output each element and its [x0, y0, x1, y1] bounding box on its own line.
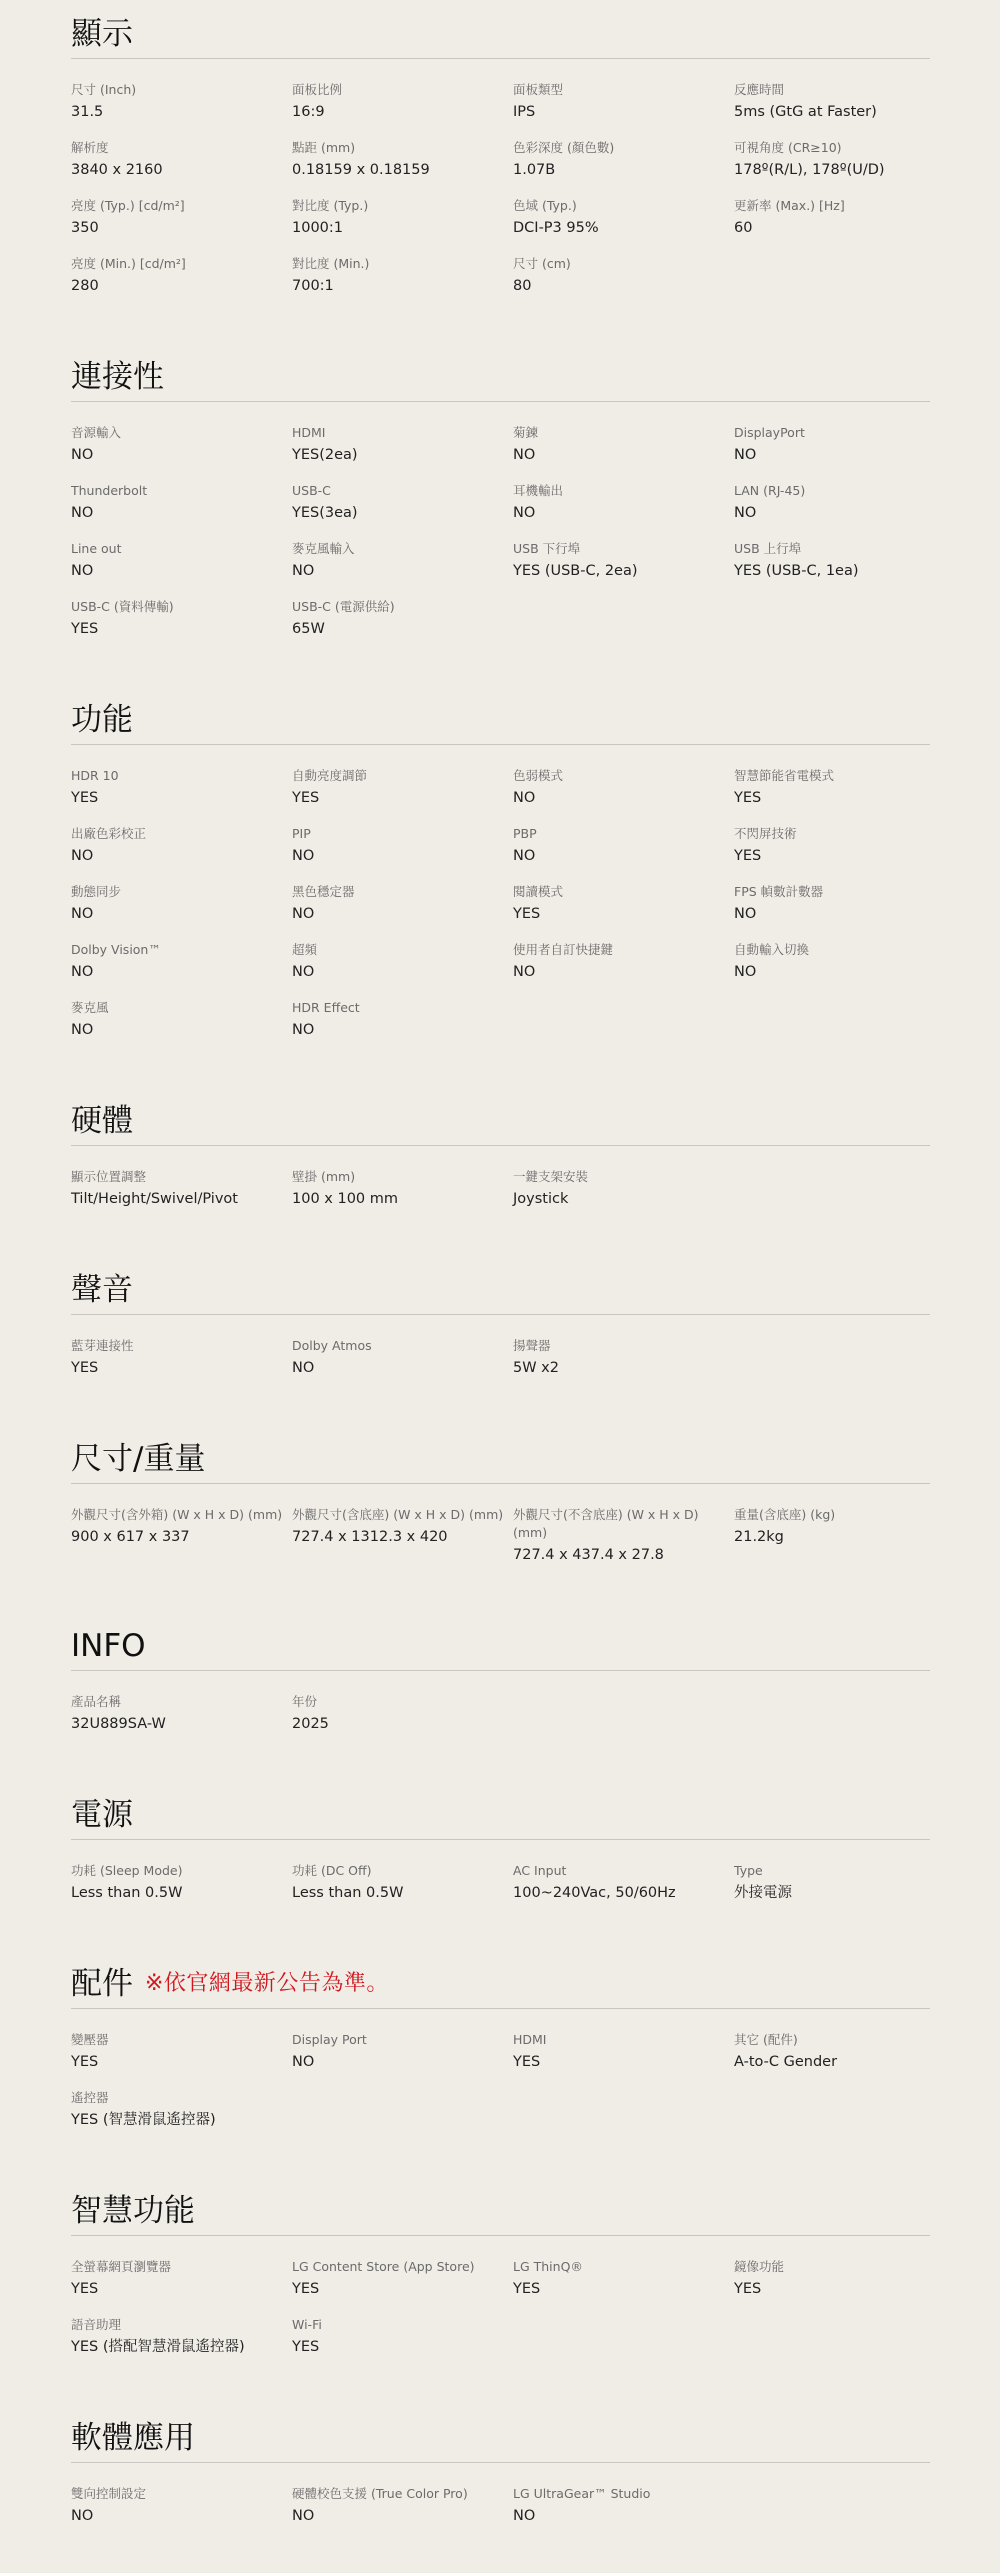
spec-label: PIP — [292, 825, 513, 843]
spec-value: Less than 0.5W — [71, 1882, 292, 1904]
spec-value: YES — [71, 618, 292, 640]
spec-label: 功耗 (DC Off) — [292, 1862, 513, 1880]
spec-grid: 藍芽連接性YESDolby AtmosNO揚聲器5W x2 — [71, 1315, 930, 1425]
section-title: 配件※依官網最新公告為準。 — [71, 1950, 930, 2009]
spec-item: 點距 (mm)0.18159 x 0.18159 — [292, 139, 513, 181]
spec-page: 顯示尺寸 (Inch)31.5面板比例16:9面板類型IPS反應時間5ms (G… — [0, 0, 1000, 2573]
spec-value: 350 — [71, 217, 292, 239]
spec-value: NO — [734, 502, 955, 524]
spec-item: HDR 10YES — [71, 767, 292, 809]
spec-value: YES — [734, 2278, 955, 2300]
section-title: INFO — [71, 1612, 930, 1671]
section-title: 軟體應用 — [71, 2404, 930, 2463]
spec-item: AC Input100~240Vac, 50/60Hz — [513, 1862, 734, 1904]
spec-item: 遙控器YES (智慧滑鼠遙控器) — [71, 2089, 292, 2131]
spec-label: 功耗 (Sleep Mode) — [71, 1862, 292, 1880]
spec-value: 280 — [71, 275, 292, 297]
spec-item: 重量(含底座) (kg)21.2kg — [734, 1506, 955, 1566]
spec-item: 可視角度 (CR≥10)178º(R/L), 178º(U/D) — [734, 139, 955, 181]
spec-value: NO — [71, 961, 292, 983]
spec-label: LG UltraGear™ Studio — [513, 2485, 734, 2503]
spec-label: 對比度 (Min.) — [292, 255, 513, 273]
spec-label: 重量(含底座) (kg) — [734, 1506, 955, 1524]
spec-value: YES — [71, 1357, 292, 1379]
spec-label: AC Input — [513, 1862, 734, 1880]
spec-item: Line outNO — [71, 540, 292, 582]
spec-label: 麥克風 — [71, 999, 292, 1017]
spec-label: 更新率 (Max.) [Hz] — [734, 197, 955, 215]
section-note: ※依官網最新公告為準。 — [145, 1962, 389, 2006]
spec-item: PBPNO — [513, 825, 734, 867]
spec-value: NO — [734, 903, 955, 925]
spec-item: 產品名稱32U889SA-W — [71, 1693, 292, 1735]
spec-item: 耳機輸出NO — [513, 482, 734, 524]
spec-value: NO — [513, 787, 734, 809]
spec-value: YES (搭配智慧滑鼠遙控器) — [71, 2336, 292, 2358]
spec-value: NO — [734, 961, 955, 983]
spec-label: LG Content Store (App Store) — [292, 2258, 513, 2276]
spec-value: YES (USB-C, 1ea) — [734, 560, 955, 582]
spec-item: 使用者自訂快捷鍵NO — [513, 941, 734, 983]
spec-item: 解析度3840 x 2160 — [71, 139, 292, 181]
spec-value: YES — [292, 2336, 513, 2358]
spec-value: NO — [292, 1357, 513, 1379]
spec-label: 變壓器 — [71, 2031, 292, 2049]
spec-item: DisplayPortNO — [734, 424, 955, 466]
spec-item: 一鍵支架安裝Joystick — [513, 1168, 734, 1210]
section-title: 硬體 — [71, 1087, 930, 1146]
spec-value: IPS — [513, 101, 734, 123]
spec-value: 外接電源 — [734, 1882, 955, 1904]
spec-value: YES — [71, 787, 292, 809]
spec-label: HDR Effect — [292, 999, 513, 1017]
spec-value: YES(2ea) — [292, 444, 513, 466]
spec-item: USB 上行埠YES (USB-C, 1ea) — [734, 540, 955, 582]
spec-grid: HDR 10YES自動亮度調節YES色弱模式NO智慧節能省電模式YES出廠色彩校… — [71, 745, 930, 1087]
spec-label: 語音助理 — [71, 2316, 292, 2334]
spec-label: LAN (RJ-45) — [734, 482, 955, 500]
spec-label: 解析度 — [71, 139, 292, 157]
spec-label: HDMI — [513, 2031, 734, 2049]
spec-item: 尺寸 (cm)80 — [513, 255, 734, 297]
spec-item: 其它 (配件)A-to-C Gender — [734, 2031, 955, 2073]
spec-value: YES — [513, 2278, 734, 2300]
spec-label: 外觀尺寸(含底座) (W x H x D) (mm) — [292, 1506, 513, 1524]
spec-value: Tilt/Height/Swivel/Pivot — [71, 1188, 292, 1210]
spec-value: NO — [292, 845, 513, 867]
section-title: 智慧功能 — [71, 2177, 930, 2236]
spec-item: 亮度 (Min.) [cd/m²]280 — [71, 255, 292, 297]
spec-label: 音源輸入 — [71, 424, 292, 442]
spec-label: 色彩深度 (顏色數) — [513, 139, 734, 157]
spec-item: ThunderboltNO — [71, 482, 292, 524]
spec-item: 自動輸入切換NO — [734, 941, 955, 983]
spec-value: YES — [513, 903, 734, 925]
spec-value: NO — [513, 961, 734, 983]
spec-item: LAN (RJ-45)NO — [734, 482, 955, 524]
spec-label: 黑色穩定器 — [292, 883, 513, 901]
spec-value: NO — [292, 560, 513, 582]
spec-section: 尺寸/重量外觀尺寸(含外箱) (W x H x D) (mm)900 x 617… — [71, 1425, 930, 1612]
spec-value: NO — [292, 961, 513, 983]
section-title-text: INFO — [71, 1624, 146, 1668]
spec-section: INFO產品名稱32U889SA-W年份2025 — [71, 1612, 930, 1781]
spec-item: 麥克風NO — [71, 999, 292, 1041]
spec-item: 自動亮度調節YES — [292, 767, 513, 809]
spec-item: 硬體校色支援 (True Color Pro)NO — [292, 2485, 513, 2527]
spec-item: 智慧節能省電模式YES — [734, 767, 955, 809]
spec-label: 自動輸入切換 — [734, 941, 955, 959]
spec-item: 雙向控制設定NO — [71, 2485, 292, 2527]
spec-value: 65W — [292, 618, 513, 640]
spec-value: NO — [71, 502, 292, 524]
spec-item: 藍芽連接性YES — [71, 1337, 292, 1379]
section-title-text: 智慧功能 — [71, 2189, 195, 2233]
spec-item: 全螢幕網頁瀏覽器YES — [71, 2258, 292, 2300]
spec-value: NO — [71, 845, 292, 867]
spec-value: 1000:1 — [292, 217, 513, 239]
spec-value: NO — [513, 2505, 734, 2527]
spec-value: 80 — [513, 275, 734, 297]
spec-label: 反應時間 — [734, 81, 955, 99]
spec-value: 3840 x 2160 — [71, 159, 292, 181]
section-title-text: 功能 — [71, 698, 133, 742]
spec-value: 5ms (GtG at Faster) — [734, 101, 955, 123]
spec-item: 更新率 (Max.) [Hz]60 — [734, 197, 955, 239]
spec-value: NO — [292, 2051, 513, 2073]
spec-value: NO — [513, 845, 734, 867]
spec-item: 面板類型IPS — [513, 81, 734, 123]
spec-label: USB-C (資料傳輸) — [71, 598, 292, 616]
spec-item: LG UltraGear™ StudioNO — [513, 2485, 734, 2527]
spec-label: 使用者自訂快捷鍵 — [513, 941, 734, 959]
spec-value: YES — [513, 2051, 734, 2073]
section-title: 聲音 — [71, 1256, 930, 1315]
spec-item: 外觀尺寸(含外箱) (W x H x D) (mm)900 x 617 x 33… — [71, 1506, 292, 1566]
spec-label: Thunderbolt — [71, 482, 292, 500]
spec-value: 2025 — [292, 1713, 513, 1735]
spec-label: 面板比例 — [292, 81, 513, 99]
spec-label: 出廠色彩校正 — [71, 825, 292, 843]
spec-value: 1.07B — [513, 159, 734, 181]
spec-item: HDR EffectNO — [292, 999, 513, 1041]
spec-value: A-to-C Gender — [734, 2051, 955, 2073]
spec-value: NO — [292, 2505, 513, 2527]
spec-item: 功耗 (Sleep Mode)Less than 0.5W — [71, 1862, 292, 1904]
spec-value: NO — [71, 903, 292, 925]
spec-label: USB 上行埠 — [734, 540, 955, 558]
spec-section: 配件※依官網最新公告為準。變壓器YESDisplay PortNOHDMIYES… — [71, 1950, 930, 2177]
spec-label: 外觀尺寸(不含底座) (W x H x D) (mm) — [513, 1506, 734, 1542]
spec-value: DCI-P3 95% — [513, 217, 734, 239]
spec-label: USB-C (電源供給) — [292, 598, 513, 616]
spec-label: 閱讀模式 — [513, 883, 734, 901]
section-title: 功能 — [71, 686, 930, 745]
spec-item: USB 下行埠YES (USB-C, 2ea) — [513, 540, 734, 582]
spec-value: NO — [71, 1019, 292, 1041]
spec-item: 年份2025 — [292, 1693, 513, 1735]
spec-value: Joystick — [513, 1188, 734, 1210]
spec-item: 亮度 (Typ.) [cd/m²]350 — [71, 197, 292, 239]
spec-value: NO — [71, 560, 292, 582]
spec-item: USB-C (電源供給)65W — [292, 598, 513, 640]
spec-grid: 音源輸入NOHDMIYES(2ea)菊鍊NODisplayPortNOThund… — [71, 402, 930, 686]
spec-grid: 顯示位置調整Tilt/Height/Swivel/Pivot壁掛 (mm)100… — [71, 1146, 930, 1256]
spec-item: PIPNO — [292, 825, 513, 867]
spec-value: YES (USB-C, 2ea) — [513, 560, 734, 582]
spec-item: 功耗 (DC Off)Less than 0.5W — [292, 1862, 513, 1904]
spec-section: 連接性音源輸入NOHDMIYES(2ea)菊鍊NODisplayPortNOTh… — [71, 343, 930, 686]
spec-item: 外觀尺寸(含底座) (W x H x D) (mm)727.4 x 1312.3… — [292, 1506, 513, 1566]
spec-value: 16:9 — [292, 101, 513, 123]
spec-item: 變壓器YES — [71, 2031, 292, 2073]
spec-item: Wi-FiYES — [292, 2316, 513, 2358]
spec-label: 其它 (配件) — [734, 2031, 955, 2049]
spec-label: Dolby Vision™ — [71, 941, 292, 959]
spec-item: 菊鍊NO — [513, 424, 734, 466]
spec-section: 聲音藍芽連接性YESDolby AtmosNO揚聲器5W x2 — [71, 1256, 930, 1425]
spec-item: 不閃屏技術YES — [734, 825, 955, 867]
spec-value: NO — [71, 2505, 292, 2527]
spec-grid: 功耗 (Sleep Mode)Less than 0.5W功耗 (DC Off)… — [71, 1840, 930, 1950]
spec-item: FPS 幀數計數器NO — [734, 883, 955, 925]
spec-label: DisplayPort — [734, 424, 955, 442]
spec-item: Display PortNO — [292, 2031, 513, 2073]
spec-value: YES — [292, 787, 513, 809]
spec-section: 顯示尺寸 (Inch)31.5面板比例16:9面板類型IPS反應時間5ms (G… — [71, 0, 930, 343]
spec-label: 可視角度 (CR≥10) — [734, 139, 955, 157]
section-title-text: 電源 — [71, 1793, 133, 1837]
spec-value: NO — [71, 444, 292, 466]
spec-value: NO — [513, 502, 734, 524]
spec-label: 揚聲器 — [513, 1337, 734, 1355]
section-title-text: 軟體應用 — [71, 2416, 195, 2460]
section-title: 電源 — [71, 1781, 930, 1840]
spec-value: Less than 0.5W — [292, 1882, 513, 1904]
spec-value: YES (智慧滑鼠遙控器) — [71, 2109, 292, 2131]
spec-label: USB 下行埠 — [513, 540, 734, 558]
spec-grid: 雙向控制設定NO硬體校色支援 (True Color Pro)NOLG Ultr… — [71, 2463, 930, 2573]
spec-label: 不閃屏技術 — [734, 825, 955, 843]
spec-section: 硬體顯示位置調整Tilt/Height/Swivel/Pivot壁掛 (mm)1… — [71, 1087, 930, 1256]
spec-label: 亮度 (Min.) [cd/m²] — [71, 255, 292, 273]
spec-item: 反應時間5ms (GtG at Faster) — [734, 81, 955, 123]
spec-item: 色彩深度 (顏色數)1.07B — [513, 139, 734, 181]
spec-item: 動態同步NO — [71, 883, 292, 925]
spec-item: 揚聲器5W x2 — [513, 1337, 734, 1379]
spec-label: 藍芽連接性 — [71, 1337, 292, 1355]
spec-value: 21.2kg — [734, 1526, 955, 1548]
spec-value: 700:1 — [292, 275, 513, 297]
spec-item: 顯示位置調整Tilt/Height/Swivel/Pivot — [71, 1168, 292, 1210]
spec-label: 鏡像功能 — [734, 2258, 955, 2276]
spec-label: HDMI — [292, 424, 513, 442]
spec-label: 外觀尺寸(含外箱) (W x H x D) (mm) — [71, 1506, 292, 1524]
spec-grid: 全螢幕網頁瀏覽器YESLG Content Store (App Store)Y… — [71, 2236, 930, 2404]
spec-item: 鏡像功能YES — [734, 2258, 955, 2300]
section-title: 尺寸/重量 — [71, 1425, 930, 1484]
spec-label: 色弱模式 — [513, 767, 734, 785]
spec-label: 雙向控制設定 — [71, 2485, 292, 2503]
spec-item: 超頻NO — [292, 941, 513, 983]
spec-item: 外觀尺寸(不含底座) (W x H x D) (mm)727.4 x 437.4… — [513, 1506, 734, 1566]
spec-label: 超頻 — [292, 941, 513, 959]
spec-value: YES — [734, 787, 955, 809]
section-title-text: 配件 — [71, 1962, 133, 2006]
spec-value: YES — [71, 2051, 292, 2073]
spec-value: YES(3ea) — [292, 502, 513, 524]
spec-label: 遙控器 — [71, 2089, 292, 2107]
section-title-text: 尺寸/重量 — [71, 1437, 205, 1481]
spec-value: YES — [71, 2278, 292, 2300]
spec-label: 尺寸 (cm) — [513, 255, 734, 273]
spec-value: 100~240Vac, 50/60Hz — [513, 1882, 734, 1904]
spec-label: LG ThinQ® — [513, 2258, 734, 2276]
spec-label: USB-C — [292, 482, 513, 500]
spec-label: FPS 幀數計數器 — [734, 883, 955, 901]
spec-value: NO — [513, 444, 734, 466]
section-title-text: 硬體 — [71, 1099, 133, 1143]
spec-value: 178º(R/L), 178º(U/D) — [734, 159, 955, 181]
spec-label: PBP — [513, 825, 734, 843]
spec-grid: 尺寸 (Inch)31.5面板比例16:9面板類型IPS反應時間5ms (GtG… — [71, 59, 930, 343]
section-title: 顯示 — [71, 0, 930, 59]
spec-label: 全螢幕網頁瀏覽器 — [71, 2258, 292, 2276]
spec-value: 32U889SA-W — [71, 1713, 292, 1735]
spec-label: 壁掛 (mm) — [292, 1168, 513, 1186]
spec-label: Display Port — [292, 2031, 513, 2049]
spec-label: 菊鍊 — [513, 424, 734, 442]
spec-item: HDMIYES(2ea) — [292, 424, 513, 466]
spec-label: 顯示位置調整 — [71, 1168, 292, 1186]
spec-label: 自動亮度調節 — [292, 767, 513, 785]
spec-item: 壁掛 (mm)100 x 100 mm — [292, 1168, 513, 1210]
spec-value: NO — [292, 903, 513, 925]
spec-value: NO — [734, 444, 955, 466]
spec-value: 31.5 — [71, 101, 292, 123]
spec-item: 出廠色彩校正NO — [71, 825, 292, 867]
spec-item: 色弱模式NO — [513, 767, 734, 809]
spec-grid: 變壓器YESDisplay PortNOHDMIYES其它 (配件)A-to-C… — [71, 2009, 930, 2177]
spec-item: 語音助理YES (搭配智慧滑鼠遙控器) — [71, 2316, 292, 2358]
spec-value: YES — [734, 845, 955, 867]
spec-item: 面板比例16:9 — [292, 81, 513, 123]
spec-item: 音源輸入NO — [71, 424, 292, 466]
spec-item: USB-C (資料傳輸)YES — [71, 598, 292, 640]
spec-label: Line out — [71, 540, 292, 558]
spec-label: 對比度 (Typ.) — [292, 197, 513, 215]
section-title: 連接性 — [71, 343, 930, 402]
spec-label: 動態同步 — [71, 883, 292, 901]
spec-item: 色域 (Typ.)DCI-P3 95% — [513, 197, 734, 239]
spec-label: 點距 (mm) — [292, 139, 513, 157]
spec-label: Wi-Fi — [292, 2316, 513, 2334]
spec-label: 產品名稱 — [71, 1693, 292, 1711]
spec-item: Dolby Vision™NO — [71, 941, 292, 983]
spec-label: 亮度 (Typ.) [cd/m²] — [71, 197, 292, 215]
spec-item: 閱讀模式YES — [513, 883, 734, 925]
spec-label: 一鍵支架安裝 — [513, 1168, 734, 1186]
spec-value: 900 x 617 x 337 — [71, 1526, 292, 1548]
spec-section: 智慧功能全螢幕網頁瀏覽器YESLG Content Store (App Sto… — [71, 2177, 930, 2404]
spec-label: 耳機輸出 — [513, 482, 734, 500]
spec-value: YES — [292, 2278, 513, 2300]
section-title-text: 連接性 — [71, 355, 164, 399]
spec-value: 100 x 100 mm — [292, 1188, 513, 1210]
spec-item: 尺寸 (Inch)31.5 — [71, 81, 292, 123]
spec-label: HDR 10 — [71, 767, 292, 785]
spec-label: Type — [734, 1862, 955, 1880]
section-title-text: 聲音 — [71, 1268, 133, 1312]
spec-grid: 產品名稱32U889SA-W年份2025 — [71, 1671, 930, 1781]
spec-item: 黑色穩定器NO — [292, 883, 513, 925]
spec-label: 年份 — [292, 1693, 513, 1711]
spec-label: 智慧節能省電模式 — [734, 767, 955, 785]
spec-label: 麥克風輸入 — [292, 540, 513, 558]
spec-section: 電源功耗 (Sleep Mode)Less than 0.5W功耗 (DC Of… — [71, 1781, 930, 1950]
spec-value: NO — [292, 1019, 513, 1041]
spec-item: Dolby AtmosNO — [292, 1337, 513, 1379]
spec-item: 對比度 (Typ.)1000:1 — [292, 197, 513, 239]
spec-item: LG Content Store (App Store)YES — [292, 2258, 513, 2300]
spec-grid: 外觀尺寸(含外箱) (W x H x D) (mm)900 x 617 x 33… — [71, 1484, 930, 1612]
spec-value: 60 — [734, 217, 955, 239]
spec-value: 0.18159 x 0.18159 — [292, 159, 513, 181]
spec-label: Dolby Atmos — [292, 1337, 513, 1355]
spec-label: 尺寸 (Inch) — [71, 81, 292, 99]
spec-item: USB-CYES(3ea) — [292, 482, 513, 524]
spec-item: 對比度 (Min.)700:1 — [292, 255, 513, 297]
spec-section: 功能HDR 10YES自動亮度調節YES色弱模式NO智慧節能省電模式YES出廠色… — [71, 686, 930, 1087]
spec-label: 色域 (Typ.) — [513, 197, 734, 215]
spec-value: 727.4 x 437.4 x 27.8 — [513, 1544, 734, 1566]
spec-value: 5W x2 — [513, 1357, 734, 1379]
spec-label: 硬體校色支援 (True Color Pro) — [292, 2485, 513, 2503]
spec-item: HDMIYES — [513, 2031, 734, 2073]
section-title-text: 顯示 — [71, 12, 133, 56]
spec-value: 727.4 x 1312.3 x 420 — [292, 1526, 513, 1548]
spec-item: 麥克風輸入NO — [292, 540, 513, 582]
spec-item: LG ThinQ®YES — [513, 2258, 734, 2300]
spec-section: 軟體應用雙向控制設定NO硬體校色支援 (True Color Pro)NOLG … — [71, 2404, 930, 2573]
spec-item: Type外接電源 — [734, 1862, 955, 1904]
spec-label: 面板類型 — [513, 81, 734, 99]
